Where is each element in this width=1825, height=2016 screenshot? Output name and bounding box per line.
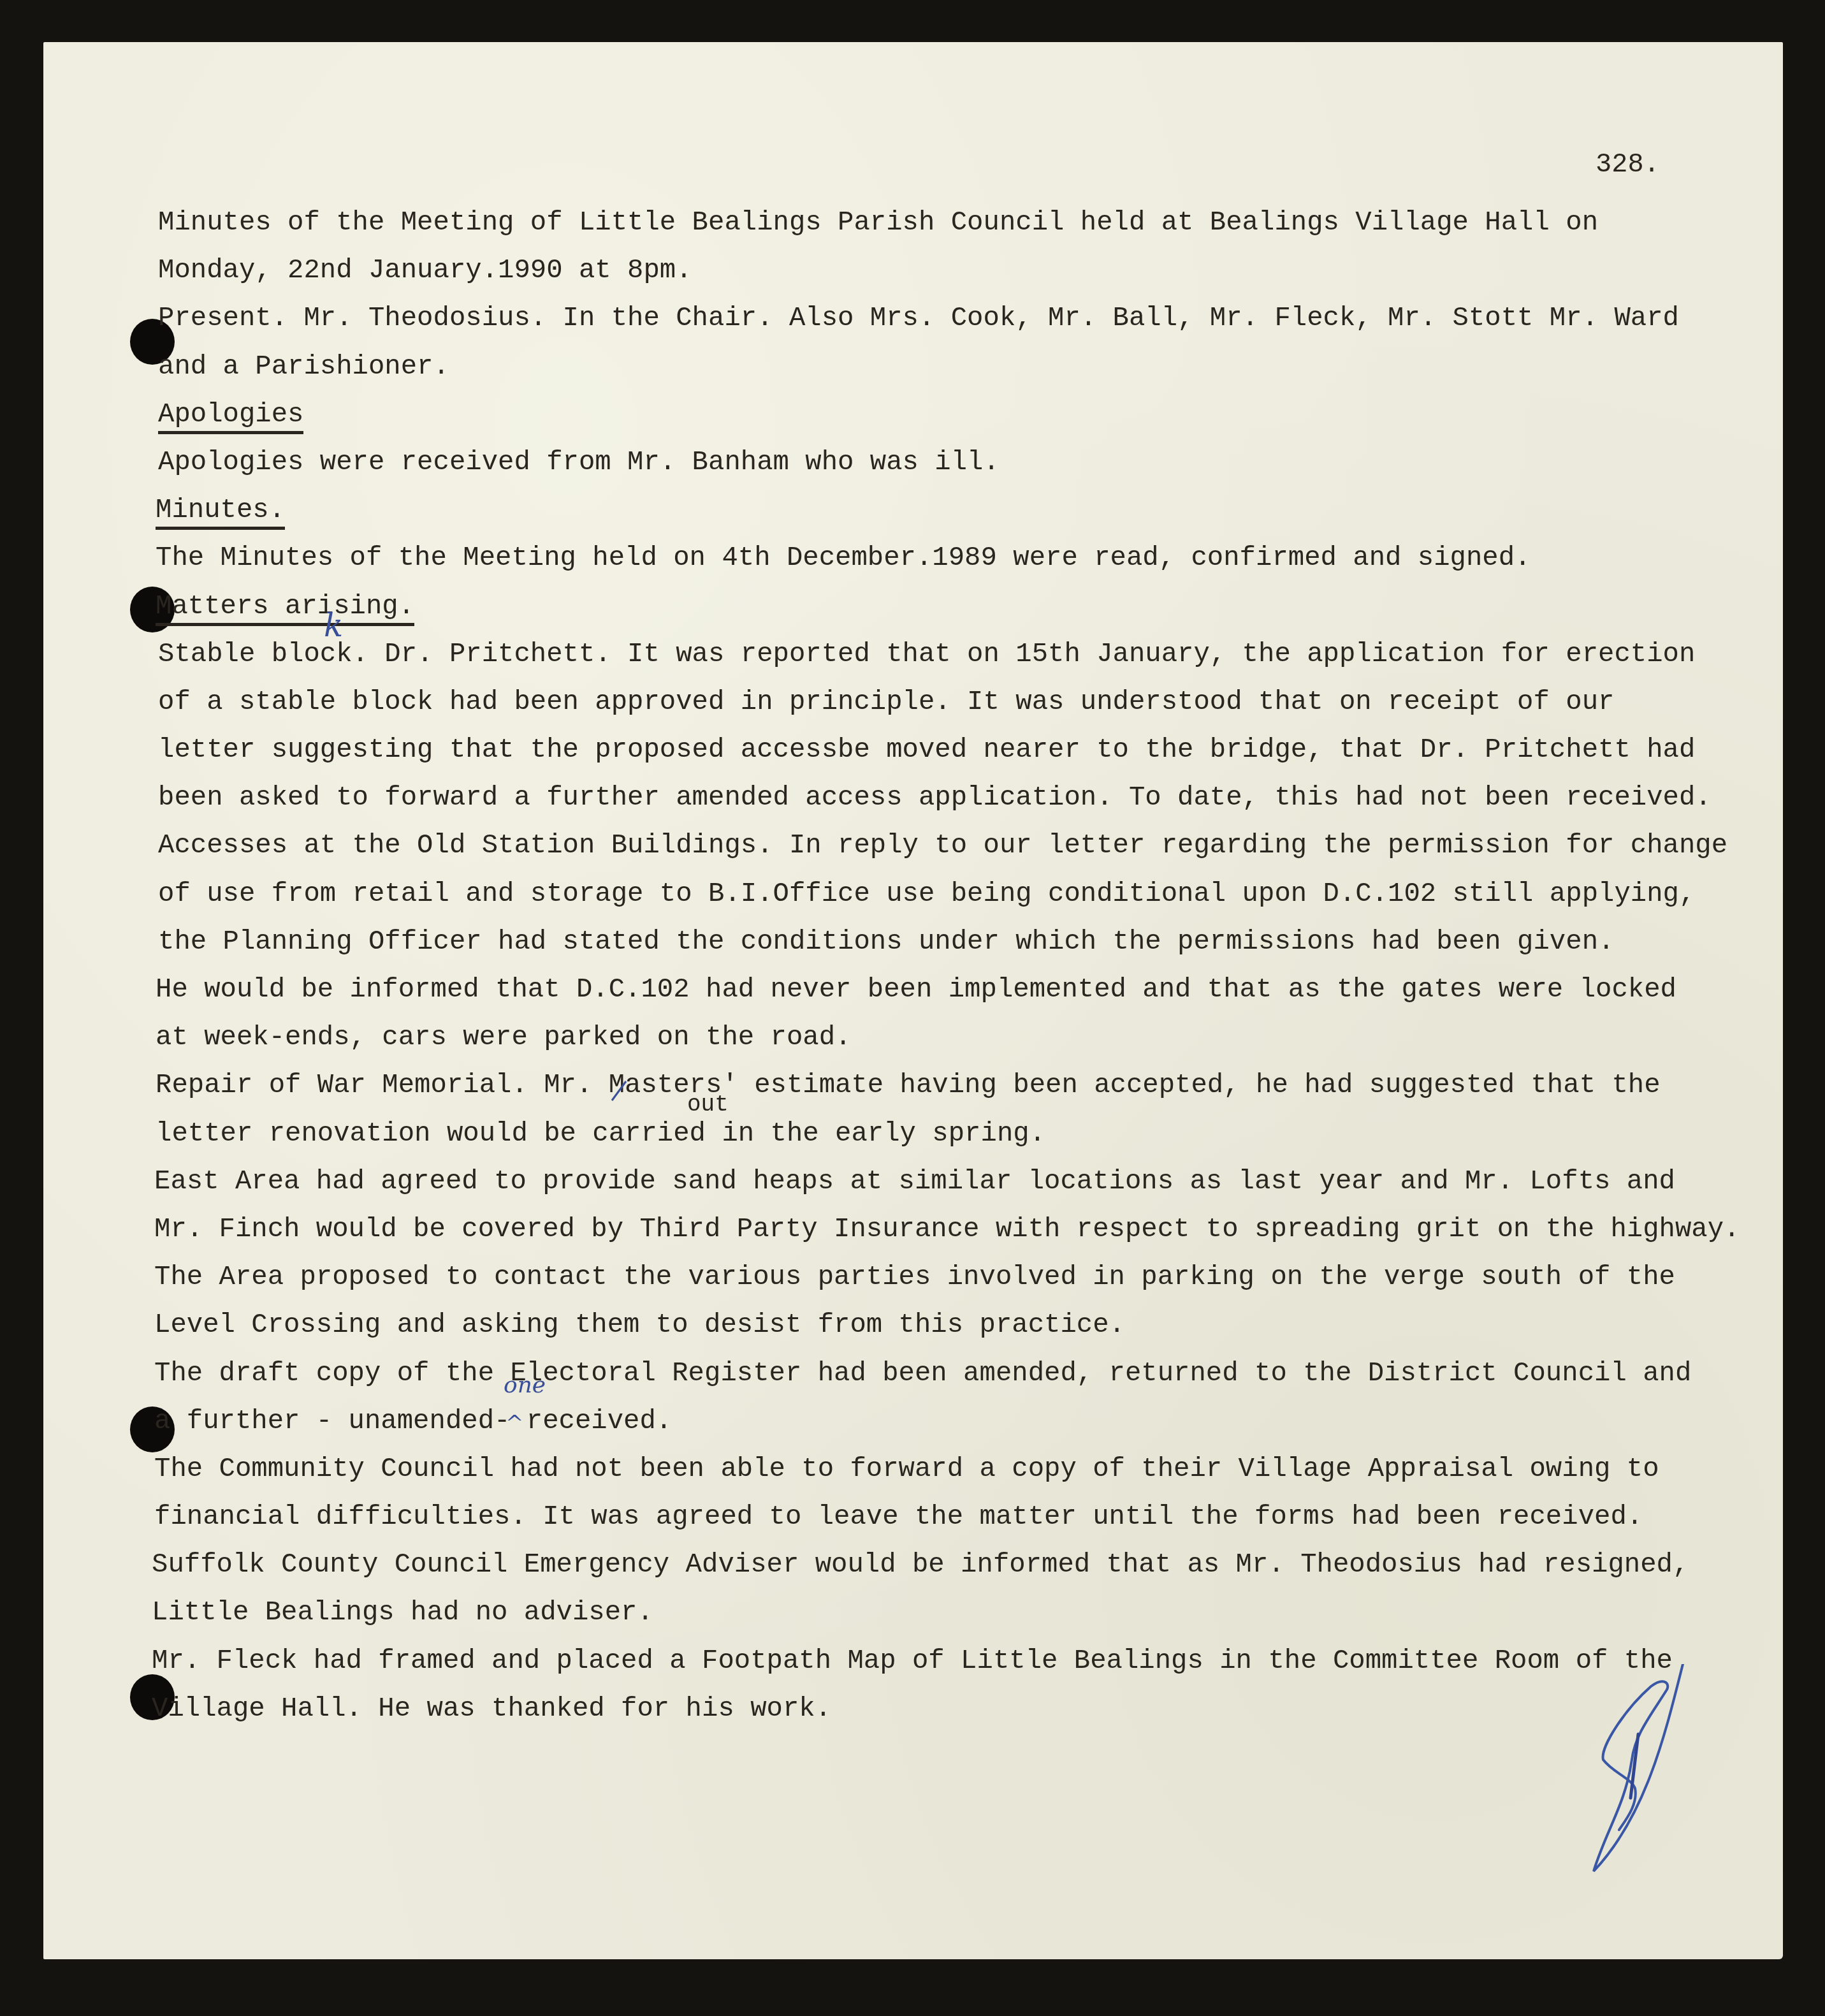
- east-area-line-1: East Area had agreed to provide sand hea…: [158, 1158, 1790, 1206]
- strike-mark: [607, 1077, 632, 1103]
- stable-block-line-2: of a stable block had been approved in p…: [158, 678, 1790, 726]
- footpath-line-2: Village Hall. He was thanked for his wor…: [158, 1685, 1790, 1733]
- apologies-text: Apologies were received from Mr. Banham …: [158, 439, 1790, 486]
- stable-block-line-1: Stable block. Dr. Pritchett. It was repo…: [158, 631, 1790, 678]
- typed-insertion-out: out: [687, 1092, 729, 1118]
- stable-block-line-3: letter suggesting that the proposed acce…: [158, 726, 1790, 774]
- accesses-line-3: the Planning Officer had stated the cond…: [158, 918, 1790, 966]
- title-line-1: Minutes of the Meeting of Little Bealing…: [158, 199, 1790, 247]
- east-area-line-2: Mr. Finch would be covered by Third Part…: [158, 1206, 1790, 1253]
- minutes-body: Minutes of the Meeting of Little Bealing…: [158, 199, 1790, 1733]
- heading-minutes: Minutes.: [158, 486, 1790, 534]
- suffolk-line-1: Suffolk County Council Emergency Adviser…: [158, 1541, 1790, 1589]
- accesses-line-5: at week-ends, cars were parked on the ro…: [158, 1014, 1790, 1062]
- war-memorial-line-1: Repair of War Memorial. Mr. Masters' est…: [158, 1062, 1790, 1109]
- handwritten-insertion-one: one: [504, 1372, 546, 1398]
- page-number: 328.: [1596, 148, 1660, 181]
- electoral-line-2: a further - unamended- received.: [158, 1398, 1790, 1445]
- present-line-1: Present. Mr. Theodosius. In the Chair. A…: [158, 295, 1790, 342]
- accesses-line-4: He would be informed that D.C.102 had ne…: [158, 966, 1790, 1014]
- war-memorial-line-2: letter renovation would be carried in th…: [158, 1110, 1790, 1158]
- heading-matters-arising: Matters arising.: [158, 583, 1790, 631]
- accesses-line-1: Accesses at the Old Station Buildings. I…: [158, 822, 1790, 870]
- footpath-line-1: Mr. Fleck had framed and placed a Footpa…: [158, 1637, 1790, 1685]
- electoral-line-1: The draft copy of the Electoral Register…: [158, 1350, 1790, 1398]
- present-line-2: and a Parishioner.: [158, 343, 1790, 391]
- community-line-1: The Community Council had not been able …: [158, 1445, 1790, 1493]
- accesses-line-2: of use from retail and storage to B.I.Of…: [158, 870, 1790, 918]
- heading-apologies: Apologies: [158, 391, 1790, 439]
- suffolk-line-2: Little Bealings had no adviser.: [158, 1589, 1790, 1637]
- minutes-text: The Minutes of the Meeting held on 4th D…: [158, 534, 1790, 582]
- community-line-2: financial difficulties. It was agreed to…: [158, 1493, 1790, 1541]
- signature-initials: [1555, 1664, 1708, 1874]
- stable-block-line-4: been asked to forward a further amended …: [158, 774, 1790, 822]
- east-area-line-3: The Area proposed to contact the various…: [158, 1253, 1790, 1301]
- east-area-line-4: Level Crossing and asking them to desist…: [158, 1301, 1790, 1349]
- caret-mark: ^: [505, 1410, 524, 1436]
- title-line-2: Monday, 22nd January.1990 at 8pm.: [158, 247, 1790, 295]
- handwritten-correction-k: k: [324, 607, 343, 644]
